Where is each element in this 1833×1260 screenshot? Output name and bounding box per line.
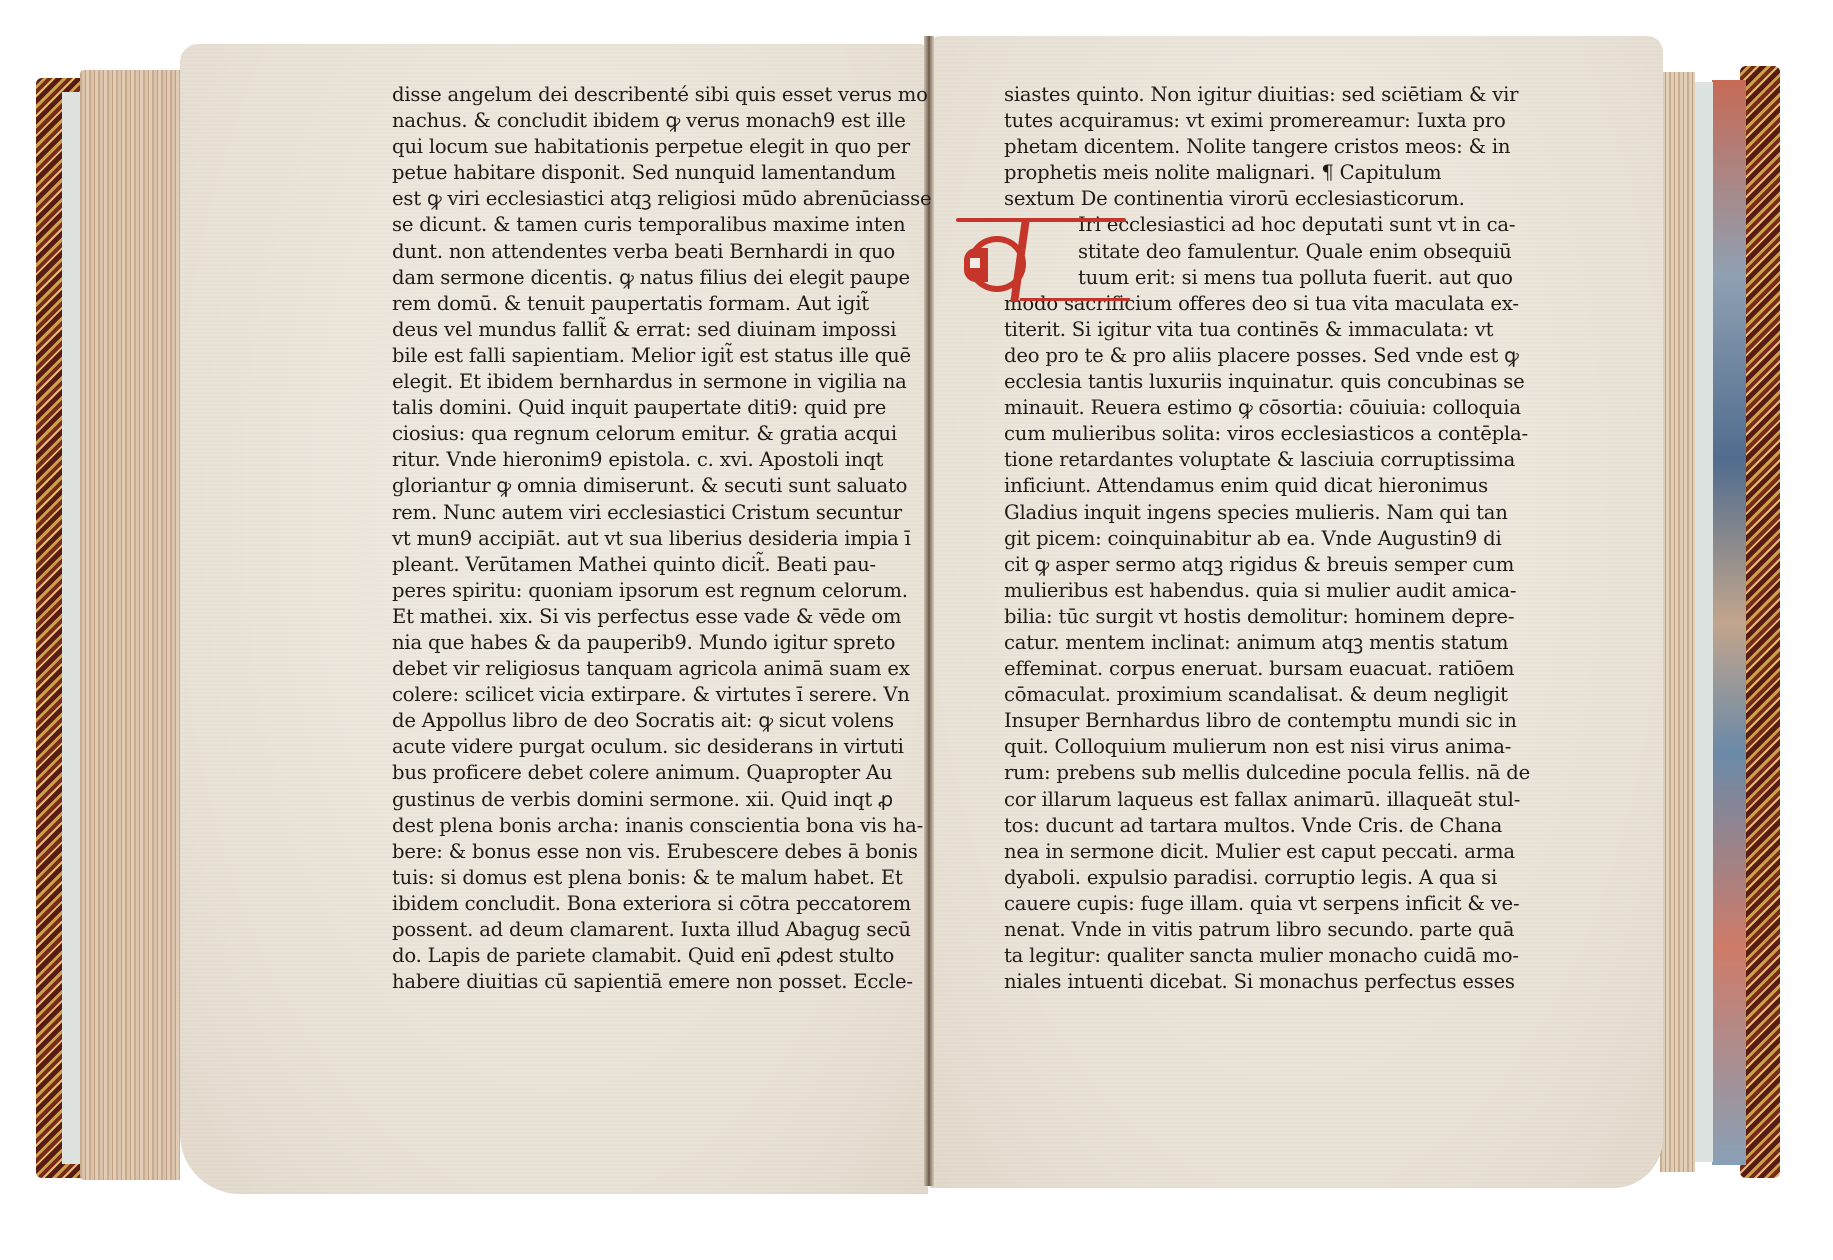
- text-line: siastes quinto. Non igitur diuitias: sed…: [1004, 82, 1454, 108]
- right-marbled-endpaper: [1712, 80, 1746, 1165]
- text-line: niales intuenti dicebat. Si monachus per…: [1004, 969, 1454, 995]
- text-line: dyaboli. expulsio paradisi. corruptio le…: [1004, 865, 1454, 891]
- text-line: bere: & bonus esse non vis. Erubescere d…: [392, 839, 832, 865]
- open-book: disse angelum dei describenté sibi quis …: [0, 0, 1833, 1260]
- text-line: Insuper Bernhardus libro de contemptu mu…: [1004, 708, 1454, 734]
- text-line: Iri ecclesiastici ad hoc deputati sunt v…: [1078, 212, 1454, 238]
- text-line: cit ꝙ asper sermo atqꝫ rigidus & breuis …: [1004, 552, 1454, 578]
- text-line: rem. Nunc autem viri ecclesiastici Crist…: [392, 500, 832, 526]
- text-line: ta legitur: qualiter sancta mulier monac…: [1004, 943, 1454, 969]
- text-line: est ꝙ viri ecclesiastici atqꝫ religiosi …: [392, 186, 832, 212]
- text-line: nia que habes & da pauperib9. Mundo igit…: [392, 630, 832, 656]
- text-line: quit. Colloquium mulierum non est nisi v…: [1004, 734, 1454, 760]
- text-line: rum: prebens sub mellis dulcedine pocula…: [1004, 760, 1454, 786]
- text-line: tuum erit: si mens tua polluta fuerit. a…: [1078, 265, 1454, 291]
- initial-tail: [1020, 298, 1130, 301]
- text-line: ibidem concludit. Bona exteriora si cōtr…: [392, 891, 832, 917]
- text-line: deus vel mundus fallit̃ & errat: sed diu…: [392, 317, 832, 343]
- text-line: titerit. Si igitur vita tua continēs & i…: [1004, 317, 1454, 343]
- text-line: cauere cupis: fuge illam. quia vt serpen…: [1004, 891, 1454, 917]
- text-line: ritur. Vnde hieronim9 epistola. c. xvi. …: [392, 447, 832, 473]
- text-line: tos: ducunt ad tartara multos. Vnde Cris…: [1004, 813, 1454, 839]
- initial-cross-ornament-icon: [970, 258, 980, 268]
- text-line: gloriantur ꝙ omnia dimiserunt. & secuti …: [392, 473, 832, 499]
- text-line: peres spiritu: quoniam ipsorum est regnu…: [392, 578, 832, 604]
- text-line: cōmaculat. proximium scandalisat. & deum…: [1004, 682, 1454, 708]
- text-line: mulieribus est habendus. quia si mulier …: [1004, 578, 1454, 604]
- text-line: vt mun9 accipiāt. aut vt sua liberius de…: [392, 526, 832, 552]
- text-line: dunt. non attendentes verba beati Bernha…: [392, 239, 832, 265]
- text-line: bus proficere debet colere animum. Quapr…: [392, 760, 832, 786]
- text-line: tuis: si domus est plena bonis: & te mal…: [392, 865, 832, 891]
- rubricated-initial-letter: [958, 218, 1030, 302]
- text-line: dam sermone dicentis. ꝙ natus filius dei…: [392, 265, 832, 291]
- text-line: acute videre purgat oculum. sic desidera…: [392, 734, 832, 760]
- text-line: dest plena bonis archa: inanis conscient…: [392, 813, 832, 839]
- text-line: disse angelum dei describenté sibi quis …: [392, 82, 832, 108]
- left-page-text: disse angelum dei describenté sibi quis …: [392, 82, 832, 995]
- text-line: ciosius: qua regnum celorum emitur. & gr…: [392, 421, 832, 447]
- text-line: petue habitare disponit. Sed nunquid lam…: [392, 160, 832, 186]
- text-line: cor illarum laqueus est fallax animarū. …: [1004, 787, 1454, 813]
- right-cover-gilt-edge: [1740, 66, 1780, 1178]
- text-line: elegit. Et ibidem bernhardus in sermone …: [392, 369, 832, 395]
- text-line: inficiunt. Attendamus enim quid dicat hi…: [1004, 473, 1454, 499]
- text-line: stitate deo famulentur. Quale enim obseq…: [1078, 239, 1454, 265]
- text-line: bile est falli sapientiam. Melior igit̃ …: [392, 343, 832, 369]
- text-line: Gladius inquit ingens species mulieris. …: [1004, 500, 1454, 526]
- text-line: bilia: tūc surgit vt hostis demolitur: h…: [1004, 604, 1454, 630]
- text-line: phetam dicentem. Nolite tangere cristos …: [1004, 134, 1454, 160]
- text-line: colere: scilicet vicia extirpare. & virt…: [392, 682, 832, 708]
- text-line: possent. ad deum clamarent. Iuxta illud …: [392, 917, 832, 943]
- text-line: nenat. Vnde in vitis patrum libro secund…: [1004, 917, 1454, 943]
- text-line: debet vir religiosus tanquam agricola an…: [392, 656, 832, 682]
- text-line: deo pro te & pro aliis placere posses. S…: [1004, 343, 1454, 369]
- text-line: tione retardantes voluptate & lasciuia c…: [1004, 447, 1454, 473]
- text-line: prophetis meis nolite malignari. ¶ Capit…: [1004, 160, 1454, 186]
- text-line: gustinus de verbis domini sermone. xii. …: [392, 787, 832, 813]
- text-line: tutes acquiramus: vt eximi promereamur: …: [1004, 108, 1454, 134]
- text-line: catur. mentem inclinat: animum atqꝫ ment…: [1004, 630, 1454, 656]
- text-line: cum mulieribus solita: viros ecclesiasti…: [1004, 421, 1454, 447]
- text-line: effeminat. corpus eneruat. bursam euacua…: [1004, 656, 1454, 682]
- text-line: talis domini. Quid inquit paupertate dit…: [392, 395, 832, 421]
- text-line: do. Lapis de pariete clamabit. Quid enī …: [392, 943, 832, 969]
- text-line: rem domū. & tenuit paupertatis formam. A…: [392, 291, 832, 317]
- text-line: nachus. & concludit ibidem ꝙ verus monac…: [392, 108, 832, 134]
- text-line: git picem: coinquinabitur ab ea. Vnde Au…: [1004, 526, 1454, 552]
- text-line: modo sacrificium offeres deo si tua vita…: [1004, 291, 1454, 317]
- right-flyleaf: [1692, 82, 1713, 1162]
- text-line: habere diuitias cū sapientiā emere non p…: [392, 969, 832, 995]
- text-line: qui locum sue habitationis perpetue eleg…: [392, 134, 832, 160]
- text-line: sextum De continentia virorū ecclesiasti…: [1004, 186, 1454, 212]
- text-line: de Appollus libro de deo Socratis ait: ꝙ…: [392, 708, 832, 734]
- text-line: nea in sermone dicit. Mulier est caput p…: [1004, 839, 1454, 865]
- text-line: se dicunt. & tamen curis temporalibus ma…: [392, 212, 832, 238]
- text-line: ecclesia tantis luxuriis inquinatur. qui…: [1004, 369, 1454, 395]
- initial-flourish: [956, 218, 1126, 222]
- text-line: pleant. Verūtamen Mathei quinto dicit̃. …: [392, 552, 832, 578]
- text-line: Et mathei. xix. Si vis perfectus esse va…: [392, 604, 832, 630]
- right-page-edges: [1660, 72, 1695, 1172]
- text-line: minauit. Reuera estimo ꝙ cōsortia: cōuiu…: [1004, 395, 1454, 421]
- left-page-edges: [80, 70, 180, 1180]
